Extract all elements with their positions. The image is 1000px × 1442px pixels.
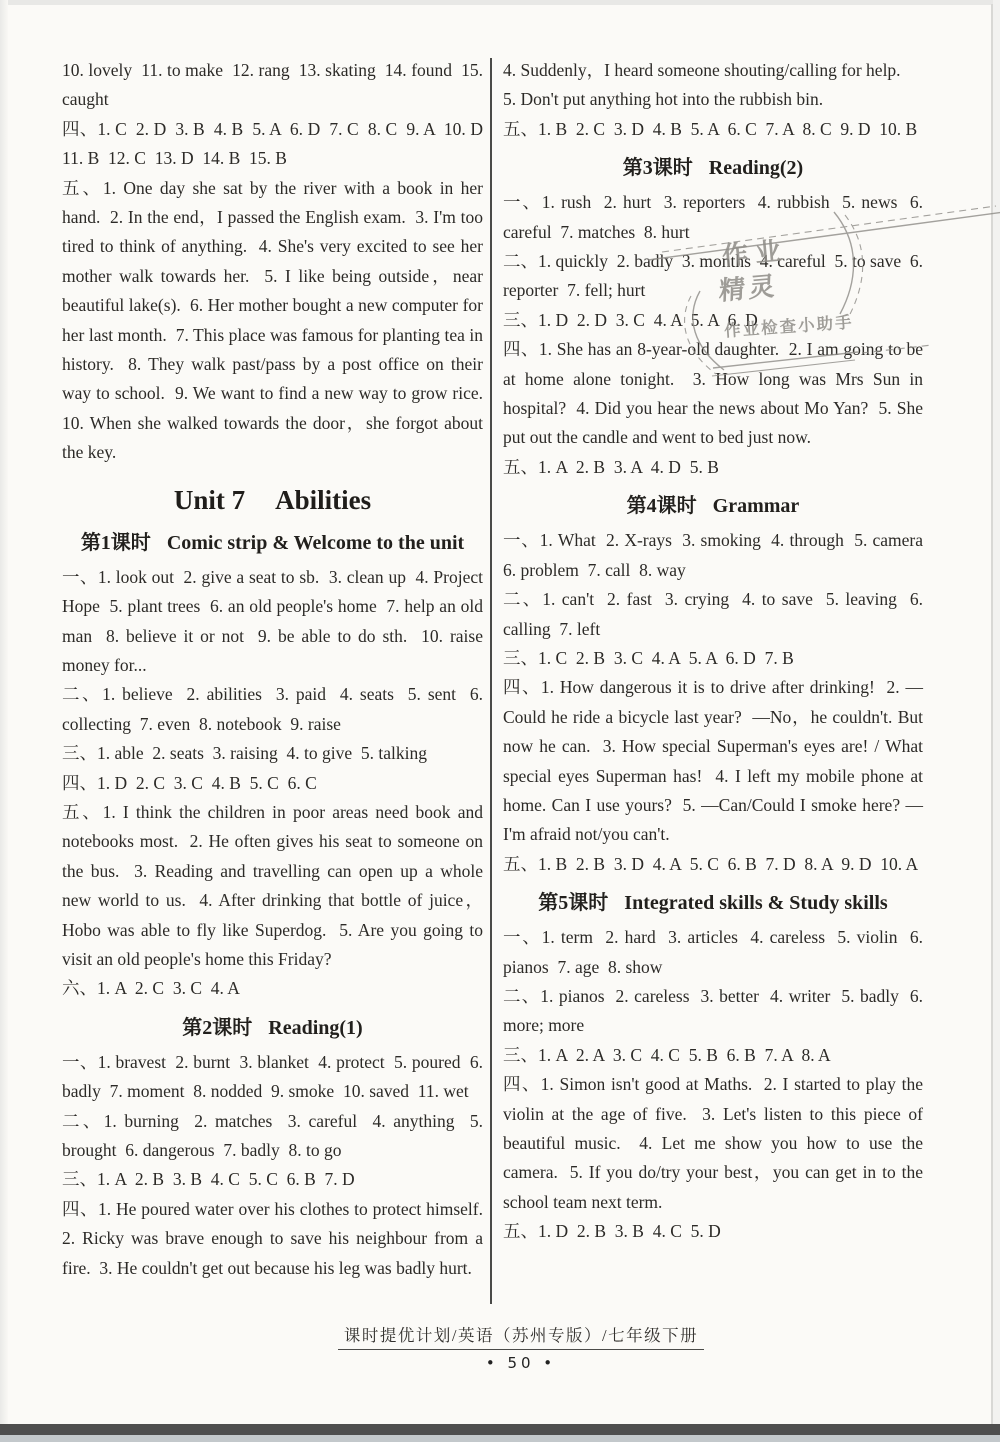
lesson-header: 第5课时Integrated skills & Study skills bbox=[503, 888, 923, 918]
answer-paragraph: 四、1. D 2. C 3. C 4. B 5. C 6. C bbox=[62, 769, 483, 798]
answer-paragraph: 四、1. He poured water over his clothes to… bbox=[62, 1195, 483, 1283]
page-footer: 课时提优计划/英语（苏州专版）/七年级下册 • 50 • bbox=[42, 1322, 1000, 1372]
answer-paragraph: 四、1. She has an 8-year-old daughter. 2. … bbox=[503, 335, 923, 453]
right-column: 4. Suddenly，I heard someone shouting/cal… bbox=[503, 56, 923, 1247]
lesson-header: 第4课时Grammar bbox=[503, 491, 923, 521]
answer-paragraph: 二、1. pianos 2. careless 3. better 4. wri… bbox=[503, 982, 923, 1041]
answer-paragraph: 五、1. D 2. B 3. B 4. C 5. D bbox=[503, 1217, 923, 1246]
column-divider bbox=[490, 58, 492, 1304]
answer-paragraph: 五、1. I think the children in poor areas … bbox=[62, 798, 483, 974]
lesson-title: Integrated skills & Study skills bbox=[624, 892, 887, 914]
answer-paragraph: 一、1. look out 2. give a seat to sb. 3. c… bbox=[62, 563, 483, 681]
answer-paragraph: 五、1. One day she sat by the river with a… bbox=[62, 174, 483, 468]
scan-edge-top bbox=[0, 0, 1000, 5]
answer-paragraph: 二、1. quickly 2. badly 3. months 4. caref… bbox=[503, 247, 923, 306]
answer-paragraph: 10. lovely 11. to make 12. rang 13. skat… bbox=[62, 56, 483, 115]
lesson-title: Grammar bbox=[713, 495, 800, 517]
scan-edge-left bbox=[0, 0, 8, 1442]
answer-paragraph: 一、1. bravest 2. burnt 3. blanket 4. prot… bbox=[62, 1048, 483, 1107]
answer-paragraph: 三、1. able 2. seats 3. raising 4. to give… bbox=[62, 739, 483, 768]
lesson-number: 第1课时 bbox=[81, 532, 151, 554]
lesson-number: 第4课时 bbox=[627, 495, 697, 517]
answer-paragraph: 二、1. can't 2. fast 3. crying 4. to save … bbox=[503, 585, 923, 644]
answer-paragraph: 5. Don't put anything hot into the rubbi… bbox=[503, 85, 923, 114]
footer-book-label: 课时提优计划/英语（苏州专版）/七年级下册 bbox=[338, 1322, 704, 1350]
answer-paragraph: 一、1. rush 2. hurt 3. reporters 4. rubbis… bbox=[503, 188, 923, 247]
answer-paragraph: 六、1. A 2. C 3. C 4. A bbox=[62, 974, 483, 1003]
lesson-number: 第3课时 bbox=[623, 157, 693, 179]
scan-edge-right bbox=[993, 0, 1000, 1442]
answer-paragraph: 四、1. C 2. D 3. B 4. B 5. A 6. D 7. C 8. … bbox=[62, 115, 483, 174]
left-column: 10. lovely 11. to make 12. rang 13. skat… bbox=[62, 56, 483, 1283]
lesson-header: 第2课时Reading(1) bbox=[62, 1013, 483, 1043]
answer-paragraph: 三、1. D 2. D 3. C 4. A 5. A 6. D bbox=[503, 306, 923, 335]
unit-number: Unit 7 bbox=[174, 485, 245, 515]
scan-edge-bottom-dark bbox=[0, 1424, 1000, 1435]
page-right-edge-line bbox=[991, 4, 993, 1424]
answer-paragraph: 4. Suddenly，I heard someone shouting/cal… bbox=[503, 56, 923, 85]
answer-paragraph: 一、1. term 2. hard 3. articles 4. careles… bbox=[503, 923, 923, 982]
page-number: • 50 • bbox=[42, 1354, 1000, 1372]
lesson-title: Comic strip & Welcome to the unit bbox=[167, 532, 464, 554]
lesson-number: 第2课时 bbox=[182, 1017, 252, 1039]
answer-paragraph: 三、1. A 2. A 3. C 4. C 5. B 6. B 7. A 8. … bbox=[503, 1041, 923, 1070]
unit-title: Abilities bbox=[275, 485, 371, 515]
answer-paragraph: 二、1. believe 2. abilities 3. paid 4. sea… bbox=[62, 680, 483, 739]
answer-paragraph: 四、1. Simon isn't good at Maths. 2. I sta… bbox=[503, 1070, 923, 1217]
answer-paragraph: 五、1. A 2. B 3. A 4. D 5. B bbox=[503, 453, 923, 482]
answer-paragraph: 三、1. A 2. B 3. B 4. C 5. C 6. B 7. D bbox=[62, 1165, 483, 1194]
answer-paragraph: 五、1. B 2. C 3. D 4. B 5. A 6. C 7. A 8. … bbox=[503, 115, 923, 144]
lesson-header: 第1课时Comic strip & Welcome to the unit bbox=[62, 528, 483, 558]
lesson-header: 第3课时Reading(2) bbox=[503, 153, 923, 183]
answer-paragraph: 四、1. How dangerous it is to drive after … bbox=[503, 673, 923, 849]
answer-paragraph: 二、1. burning 2. matches 3. careful 4. an… bbox=[62, 1107, 483, 1166]
answer-paragraph: 三、1. C 2. B 3. C 4. A 5. A 6. D 7. B bbox=[503, 644, 923, 673]
lesson-title: Reading(1) bbox=[268, 1017, 362, 1039]
lesson-number: 第5课时 bbox=[538, 892, 608, 914]
answer-paragraph: 一、1. What 2. X-rays 3. smoking 4. throug… bbox=[503, 526, 923, 585]
scan-edge-bottom-light bbox=[0, 1435, 1000, 1442]
lesson-title: Reading(2) bbox=[709, 157, 803, 179]
unit-header: Unit 7Abilities bbox=[62, 482, 483, 518]
answer-paragraph: 五、1. B 2. B 3. D 4. A 5. C 6. B 7. D 8. … bbox=[503, 850, 923, 879]
